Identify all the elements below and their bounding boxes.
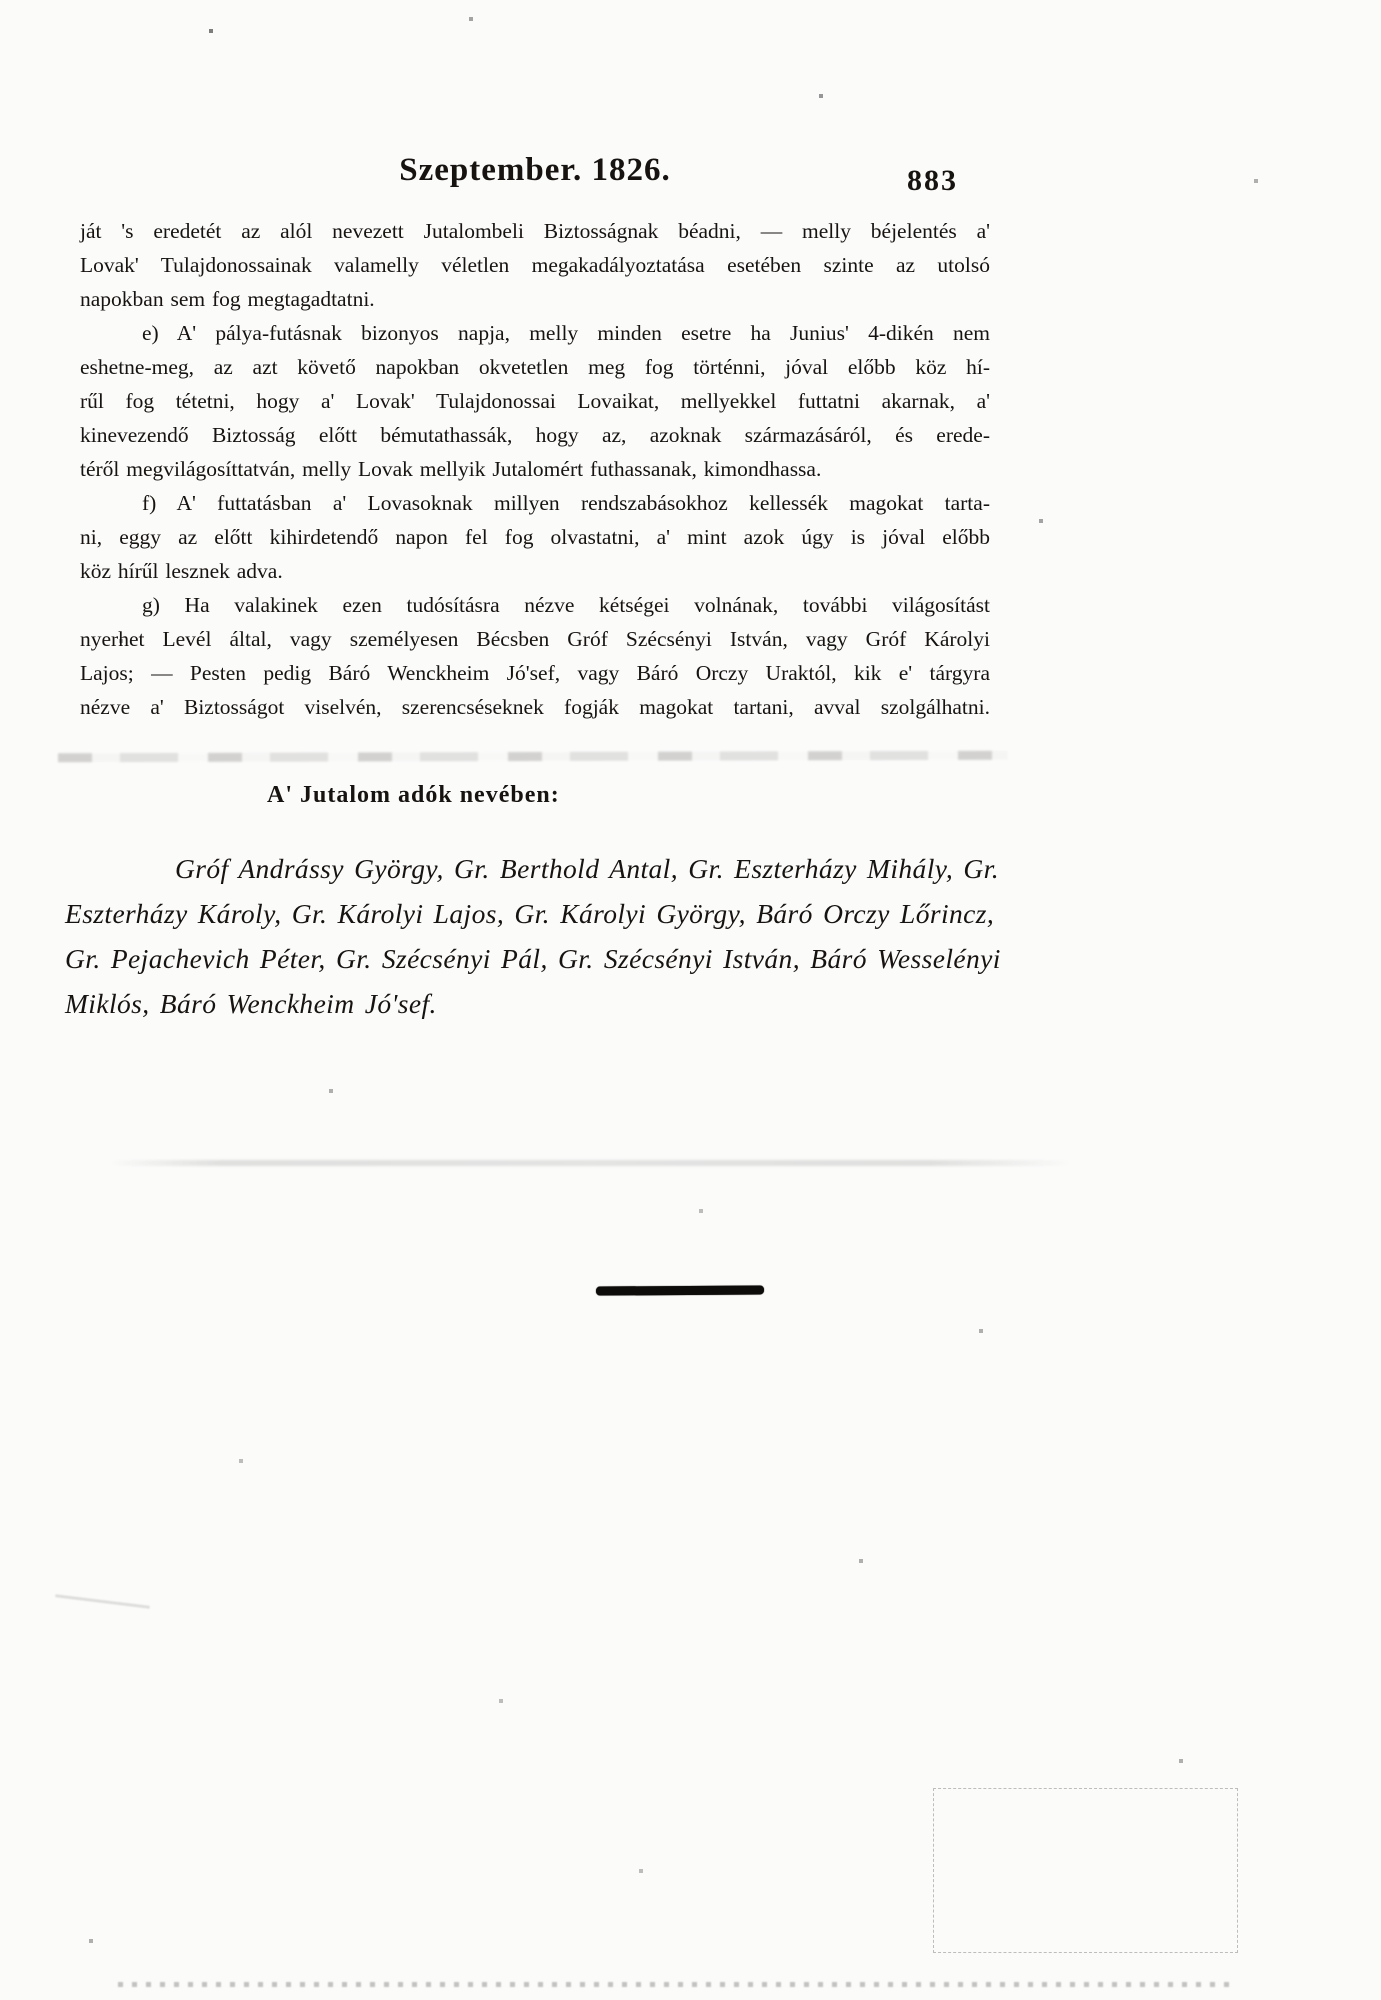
text-line: rűl fog tétetni, hogy a' Lovak' Tulajdon… (80, 384, 990, 418)
signatures-block: Gróf Andrássy György, Gr. Berthold Antal… (65, 846, 1025, 1026)
text-line: eshetne-meg, az azt követő napokban okve… (80, 350, 990, 384)
paper-speckles (0, 0, 2, 2)
scratch-mark (55, 1594, 150, 1609)
body-text: ját 's eredetét az alól nevezett Jutalom… (80, 214, 990, 724)
text-line: nézve a' Biztosságot viselvén, szerencsé… (80, 690, 990, 724)
paragraph: ját 's eredetét az alól nevezett Jutalom… (80, 214, 990, 316)
signature-line: Miklós, Báró Wenckheim Jó'sef. (65, 981, 1025, 1026)
text-line: g) Ha valakinek ezen tudósításra nézve k… (80, 588, 990, 622)
paragraph: f) A' futtatásban a' Lovasoknak millyen … (80, 486, 990, 588)
bottom-edge-smudge (118, 1982, 1233, 1987)
scanned-page: Szeptember. 1826. 883 ját 's eredetét az… (0, 0, 1381, 2000)
text-line: napokban sem fog megtagadtatni. (80, 282, 990, 316)
ghost-rectangle-artifact (933, 1788, 1238, 1953)
signature-line: Eszterházy Károly, Gr. Károlyi Lajos, Gr… (65, 891, 1025, 936)
paragraph: g) Ha valakinek ezen tudósításra nézve k… (80, 588, 990, 724)
text-line: f) A' futtatásban a' Lovasoknak millyen … (80, 486, 990, 520)
page-number: 883 (80, 164, 958, 198)
ink-bar-mark (596, 1285, 764, 1295)
text-line: e) A' pálya-futásnak bizonyos napja, mel… (80, 316, 990, 350)
text-line: téről megvilágosíttatván, melly Lovak me… (80, 452, 990, 486)
signature-line: Gr. Pejachevich Péter, Gr. Szécsényi Pál… (65, 936, 1025, 981)
text-line: Lajos; — Pesten pedig Báró Wenckheim Jó'… (80, 656, 990, 690)
text-line: ni, eggy az előtt kihirdetendő napon fel… (80, 520, 990, 554)
signature-line: Gróf Andrássy György, Gr. Berthold Antal… (65, 846, 1025, 891)
text-line: nyerhet Levél által, vagy személyesen Bé… (80, 622, 990, 656)
ink-smudge (58, 751, 1008, 762)
text-line: köz hírűl lesznek adva. (80, 554, 990, 588)
text-line: Lovak' Tulajdonossainak valamelly véletl… (80, 248, 990, 282)
text-line: kinevezendő Biztosság előtt bémutathassá… (80, 418, 990, 452)
text-line: ját 's eredetét az alól nevezett Jutalom… (80, 214, 990, 248)
scan-smear (108, 1160, 1073, 1166)
reward-givers-subheading: A' Jutalom adók nevében: (267, 782, 560, 809)
paragraph: e) A' pálya-futásnak bizonyos napja, mel… (80, 316, 990, 486)
